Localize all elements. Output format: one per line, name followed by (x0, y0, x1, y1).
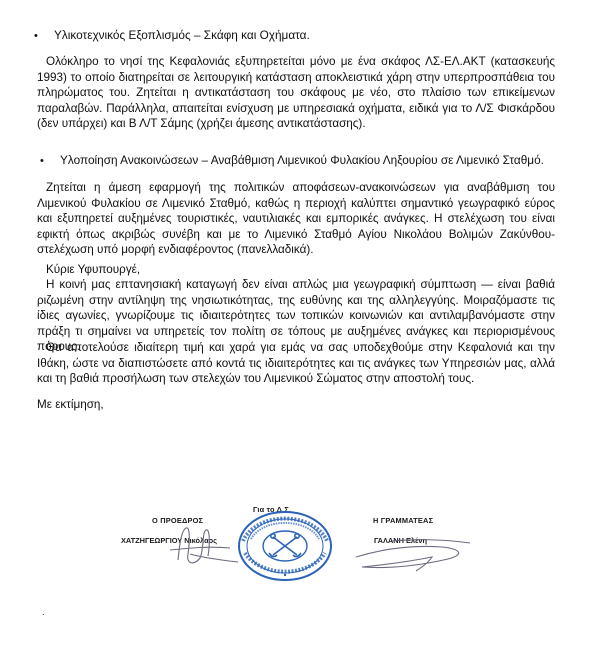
closing-paragraph-2: Θα αποτελούσε ιδιαίτερη τιμή και χαρά γι… (37, 340, 555, 387)
bullet-icon: • (34, 30, 54, 42)
anchor-seal-icon (237, 511, 333, 581)
bullet-icon: • (40, 155, 60, 167)
paragraph-equipment: Ολόκληρο το νησί της Κεφαλονιάς εξυπηρετ… (37, 54, 555, 132)
secretary-title: Η ΓΡΑΜΜΑΤΕΑΣ (373, 516, 433, 525)
footer-mark: . (42, 607, 45, 617)
heading-text: Υλοποίηση Ανακοινώσεων – Αναβάθμιση Λιμε… (60, 153, 544, 167)
paragraph-upgrade: Ζητείται η άμεση εφαρμογή της πολιτικών … (37, 180, 555, 258)
section-heading-upgrade: •Υλοποίηση Ανακοινώσεων – Αναβάθμιση Λιμ… (40, 153, 544, 167)
document-page: •Υλικοτεχνικός Εξοπλισμός – Σκάφη και Οχ… (0, 0, 598, 650)
section-heading-equipment: •Υλικοτεχνικός Εξοπλισμός – Σκάφη και Οχ… (34, 28, 310, 42)
heading-text: Υλικοτεχνικός Εξοπλισμός – Σκάφη και Οχή… (54, 28, 310, 42)
salutation: Κύριε Υφυπουργέ, (37, 262, 555, 278)
signoff: Με εκτίμηση, (37, 397, 555, 413)
secretary-signature-icon (352, 535, 472, 575)
